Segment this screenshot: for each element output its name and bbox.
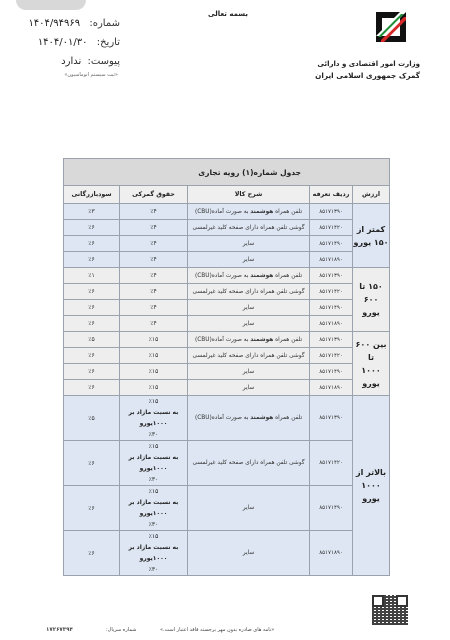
top-tab-shape xyxy=(16,0,86,10)
table-row: ۸۵۱۷۱۴۹۰ سایر ٪۱۵به نسبت مازاد بر ۱۰۰۰یو… xyxy=(64,486,390,531)
item-description: سایر xyxy=(188,252,310,268)
table-row: ۸۵۱۷۱۴۲۰ گوشی تلفن همراه دارای صفحه کلید… xyxy=(64,284,390,300)
tariff-code: ۸۵۱۷۱۳۹۰ xyxy=(310,204,353,220)
table-header-row: ارزش ردیف تعرفه شرح کالا حقوق گمرکی سودب… xyxy=(64,186,390,204)
table-row: ۸۵۱۷۱۴۲۰ گوشی تلفن همراه دارای صفحه کلید… xyxy=(64,348,390,364)
tariff-code: ۸۵۱۷۱۴۹۰ xyxy=(310,486,353,531)
customs-duty: ٪۱۵ xyxy=(120,332,188,348)
commercial-profit: ٪۶ xyxy=(64,364,120,380)
commercial-profit: ٪۱ xyxy=(64,268,120,284)
item-description: گوشی تلفن همراه دارای صفحه کلید غیرلمسی xyxy=(188,284,310,300)
item-description: تلفن همراه هوشمند به صورت آماده(CBU) xyxy=(188,396,310,441)
customs-duty: ٪۴ xyxy=(120,252,188,268)
customs-duty: ٪۴ xyxy=(120,220,188,236)
tariff-code: ۸۵۱۷۱۴۲۰ xyxy=(310,348,353,364)
customs-duty: ٪۱۵به نسبت مازاد بر ۱۰۰۰یورو٪۳۰ xyxy=(120,486,188,531)
value-range-cell: بین ۶۰۰ تا۱۰۰۰ یورو xyxy=(353,332,390,396)
table-row: ۸۵۱۷۱۸۹۰ سایر ٪۴ ٪۶ xyxy=(64,252,390,268)
item-description: سایر xyxy=(188,486,310,531)
customs-duty: ٪۴ xyxy=(120,204,188,220)
validity-note: «نامه های صادره بدون مهر برجسته فاقد اعت… xyxy=(160,627,274,633)
tariff-code: ۸۵۱۷۱۴۹۰ xyxy=(310,300,353,316)
customs-duty: ٪۱۵به نسبت مازاد بر ۱۰۰۰یورو٪۳۰ xyxy=(120,441,188,486)
number-label: شماره: xyxy=(89,18,120,29)
table-row: ۸۵۱۷۱۸۹۰ سایر ٪۴ ٪۶ xyxy=(64,316,390,332)
col-value-range: ارزش xyxy=(353,186,390,204)
customs-duty: ٪۴ xyxy=(120,268,188,284)
item-description: سایر xyxy=(188,316,310,332)
table-row: ۸۵۱۷۱۸۹۰ سایر ٪۱۵ ٪۶ xyxy=(64,380,390,396)
table-row: بالاتر از۱۰۰۰ یورو ۸۵۱۷۱۳۹۰ تلفن همراه ه… xyxy=(64,396,390,441)
value-range-cell: کمتر از۱۵۰ یورو xyxy=(353,204,390,268)
commercial-profit: ٪۶ xyxy=(64,300,120,316)
customs-duty: ٪۴ xyxy=(120,284,188,300)
serial-number: ۱۷۲۶۷۳۹۴ xyxy=(46,627,73,633)
commercial-profit: ٪۶ xyxy=(64,284,120,300)
customs-name: گمرک جمهوری اسلامی ایران xyxy=(315,70,420,82)
tariff-code: ۸۵۱۷۱۸۹۰ xyxy=(310,252,353,268)
date-value: ۱۴۰۴/۰۱/۳۰ xyxy=(38,37,88,48)
item-description: سایر xyxy=(188,300,310,316)
commercial-profit: ٪۶ xyxy=(64,531,120,576)
commercial-profit: ٪۶ xyxy=(64,252,120,268)
commercial-profit: ٪۶ xyxy=(64,380,120,396)
col-tariff-code: ردیف تعرفه xyxy=(310,186,353,204)
table-title-row: جدول شماره(۱) رویه تجاری xyxy=(64,159,390,186)
letter-number: شماره: ۱۴۰۴/۹۴۹۶۹ xyxy=(20,14,120,33)
item-description: تلفن همراه هوشمند به صورت آماده(CBU) xyxy=(188,268,310,284)
tariff-code: ۸۵۱۷۱۴۹۰ xyxy=(310,364,353,380)
table-title: جدول شماره(۱) رویه تجاری xyxy=(64,159,390,186)
commercial-profit: ٪۶ xyxy=(64,236,120,252)
item-description: سایر xyxy=(188,380,310,396)
table-row: ۸۵۱۷۱۴۹۰ سایر ٪۴ ٪۶ xyxy=(64,236,390,252)
table-row: ۸۵۱۷۱۴۲۰ گوشی تلفن همراه دارای صفحه کلید… xyxy=(64,220,390,236)
table-row: ۱۵۰ تا ۶۰۰یورو ۸۵۱۷۱۳۹۰ تلفن همراه هوشمن… xyxy=(64,268,390,284)
tariff-code: ۸۵۱۷۱۳۹۰ xyxy=(310,332,353,348)
item-description: گوشی تلفن همراه دارای صفحه کلید غیرلمسی xyxy=(188,220,310,236)
customs-logo-icon xyxy=(373,9,409,45)
date-label: تاریخ: xyxy=(97,37,120,48)
commercial-profit: ٪۳ xyxy=(64,204,120,220)
tariff-code: ۸۵۱۷۱۴۲۰ xyxy=(310,441,353,486)
customs-duty: ٪۱۵ xyxy=(120,348,188,364)
col-description: شرح کالا xyxy=(188,186,310,204)
tariff-code: ۸۵۱۷۱۴۲۰ xyxy=(310,284,353,300)
qr-code-icon xyxy=(372,595,408,625)
automation-note: «ثبت سیستم اتوماسیون» xyxy=(20,71,118,79)
item-description: تلفن همراه هوشمند به صورت آماده(CBU) xyxy=(188,204,310,220)
commercial-profit: ٪۶ xyxy=(64,348,120,364)
ministry-name: وزارت امور اقتصادی و دارائی xyxy=(315,58,420,70)
table-row: ۸۵۱۷۱۴۹۰ سایر ٪۴ ٪۶ xyxy=(64,300,390,316)
item-description: سایر xyxy=(188,236,310,252)
number-value: ۱۴۰۴/۹۴۹۶۹ xyxy=(28,18,80,29)
commercial-profit: ٪۶ xyxy=(64,220,120,236)
customs-duty: ٪۴ xyxy=(120,316,188,332)
attachment-label: پیوست: xyxy=(87,56,120,67)
commercial-profit: ٪۵ xyxy=(64,396,120,441)
letter-attachment: پیوست: ندارد xyxy=(20,52,120,71)
customs-duty: ٪۴ xyxy=(120,300,188,316)
tariff-code: ۸۵۱۷۱۴۹۰ xyxy=(310,236,353,252)
tariff-table: جدول شماره(۱) رویه تجاری ارزش ردیف تعرفه… xyxy=(63,158,390,576)
value-range-cell: بالاتر از۱۰۰۰ یورو xyxy=(353,396,390,576)
customs-duty: ٪۱۵ xyxy=(120,364,188,380)
table-row: کمتر از۱۵۰ یورو ۸۵۱۷۱۳۹۰ تلفن همراه هوشم… xyxy=(64,204,390,220)
attachment-value: ندارد xyxy=(61,56,81,67)
tariff-code: ۸۵۱۷۱۳۹۰ xyxy=(310,268,353,284)
tariff-code: ۸۵۱۷۱۸۹۰ xyxy=(310,316,353,332)
tariff-code: ۸۵۱۷۱۸۹۰ xyxy=(310,380,353,396)
letter-date: تاریخ: ۱۴۰۴/۰۱/۳۰ xyxy=(20,33,120,52)
commercial-profit: ٪۶ xyxy=(64,316,120,332)
table-row: ۸۵۱۷۱۸۹۰ سایر ٪۱۵به نسبت مازاد بر ۱۰۰۰یو… xyxy=(64,531,390,576)
tariff-code: ۸۵۱۷۱۴۲۰ xyxy=(310,220,353,236)
customs-duty: ٪۴ xyxy=(120,236,188,252)
commercial-profit: ٪۶ xyxy=(64,441,120,486)
item-description: تلفن همراه هوشمند به صورت آماده(CBU) xyxy=(188,332,310,348)
basmala-heading: بسمه تعالی xyxy=(208,10,248,18)
letter-meta: شماره: ۱۴۰۴/۹۴۹۶۹ تاریخ: ۱۴۰۴/۰۱/۳۰ پیوس… xyxy=(20,14,120,79)
col-commercial-profit: سودبازرگانی xyxy=(64,186,120,204)
table-row: ۸۵۱۷۱۴۹۰ سایر ٪۱۵ ٪۶ xyxy=(64,364,390,380)
customs-duty: ٪۱۵به نسبت مازاد بر ۱۰۰۰یورو٪۳۰ xyxy=(120,396,188,441)
item-description: سایر xyxy=(188,364,310,380)
item-description: گوشی تلفن همراه دارای صفحه کلید غیرلمسی xyxy=(188,441,310,486)
value-range-cell: ۱۵۰ تا ۶۰۰یورو xyxy=(353,268,390,332)
table-row: ۸۵۱۷۱۴۲۰ گوشی تلفن همراه دارای صفحه کلید… xyxy=(64,441,390,486)
tariff-code: ۸۵۱۷۱۸۹۰ xyxy=(310,531,353,576)
tariff-code: ۸۵۱۷۱۳۹۰ xyxy=(310,396,353,441)
item-description: سایر xyxy=(188,531,310,576)
organization-name: وزارت امور اقتصادی و دارائی گمرک جمهوری … xyxy=(315,58,420,82)
commercial-profit: ٪۶ xyxy=(64,486,120,531)
customs-duty: ٪۱۵ xyxy=(120,380,188,396)
serial-label: شماره سریال: xyxy=(106,627,136,633)
commercial-profit: ٪۵ xyxy=(64,332,120,348)
item-description: گوشی تلفن همراه دارای صفحه کلید غیرلمسی xyxy=(188,348,310,364)
table-row: بین ۶۰۰ تا۱۰۰۰ یورو ۸۵۱۷۱۳۹۰ تلفن همراه … xyxy=(64,332,390,348)
customs-duty: ٪۱۵به نسبت مازاد بر ۱۰۰۰یورو٪۳۰ xyxy=(120,531,188,576)
col-customs-duty: حقوق گمرکی xyxy=(120,186,188,204)
